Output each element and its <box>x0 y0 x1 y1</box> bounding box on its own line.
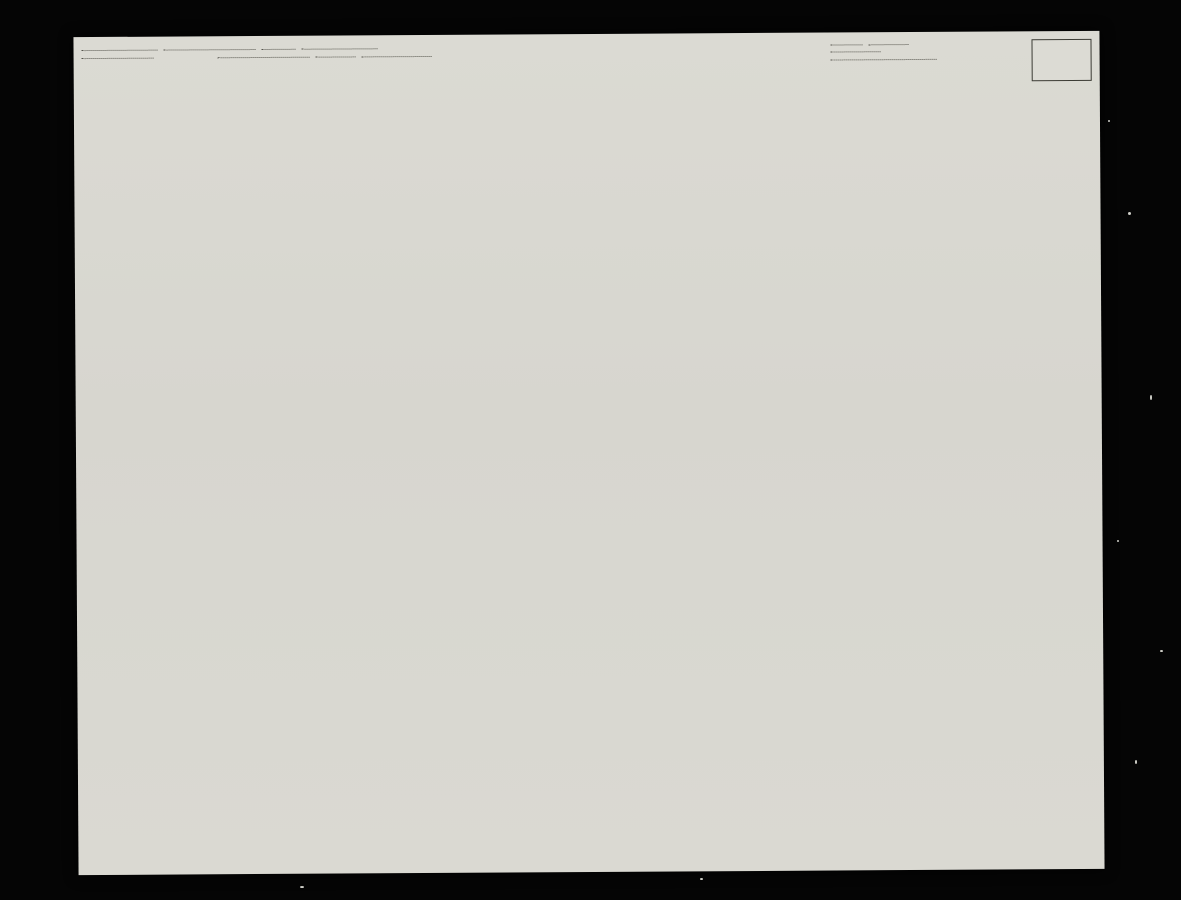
incorporated-place-value <box>164 49 256 51</box>
enumeration-date <box>831 51 881 52</box>
film-speck <box>1117 540 1119 542</box>
header-left-fields <box>81 40 533 99</box>
state-value <box>82 50 158 51</box>
ed-field <box>868 44 908 45</box>
film-speck <box>1150 395 1152 400</box>
enumerator-name <box>831 59 937 61</box>
film-speck <box>1160 650 1163 652</box>
sd-field <box>830 44 862 45</box>
sheet-content <box>81 34 1096 872</box>
township-value <box>218 57 310 59</box>
film-speck <box>1128 212 1131 215</box>
film-frame <box>0 0 1181 900</box>
state-field <box>82 50 158 51</box>
film-speck <box>1135 760 1137 764</box>
sheet-number-box <box>1031 39 1091 81</box>
film-speck <box>700 878 703 880</box>
header-right-fields <box>824 37 1091 95</box>
ward-field <box>262 49 296 50</box>
film-speck <box>1108 120 1110 122</box>
film-speck <box>300 886 304 888</box>
institution-value <box>362 56 432 57</box>
unincorporated-value <box>302 48 378 49</box>
census-sheet <box>73 31 1104 875</box>
county-value <box>82 58 154 59</box>
form-header <box>81 37 1091 99</box>
ed-value <box>868 44 908 45</box>
supplementary-questions-table <box>82 99 1092 105</box>
census-title <box>533 43 824 45</box>
unincorporated-field <box>302 48 378 49</box>
block-field <box>316 56 356 57</box>
schedule-title <box>533 45 824 47</box>
incorporated-place-field <box>164 49 256 51</box>
header-titles <box>533 39 824 97</box>
county-field <box>82 58 154 59</box>
sd-value <box>830 44 862 45</box>
institution-field <box>362 56 432 57</box>
block-value <box>316 56 356 57</box>
enumerated-field <box>831 50 1035 52</box>
township-field <box>160 57 310 59</box>
ward-value <box>262 49 296 50</box>
symbols-explanatory-notes <box>82 103 1092 109</box>
supplementary-wrap <box>82 99 1092 105</box>
department-title <box>533 43 824 45</box>
